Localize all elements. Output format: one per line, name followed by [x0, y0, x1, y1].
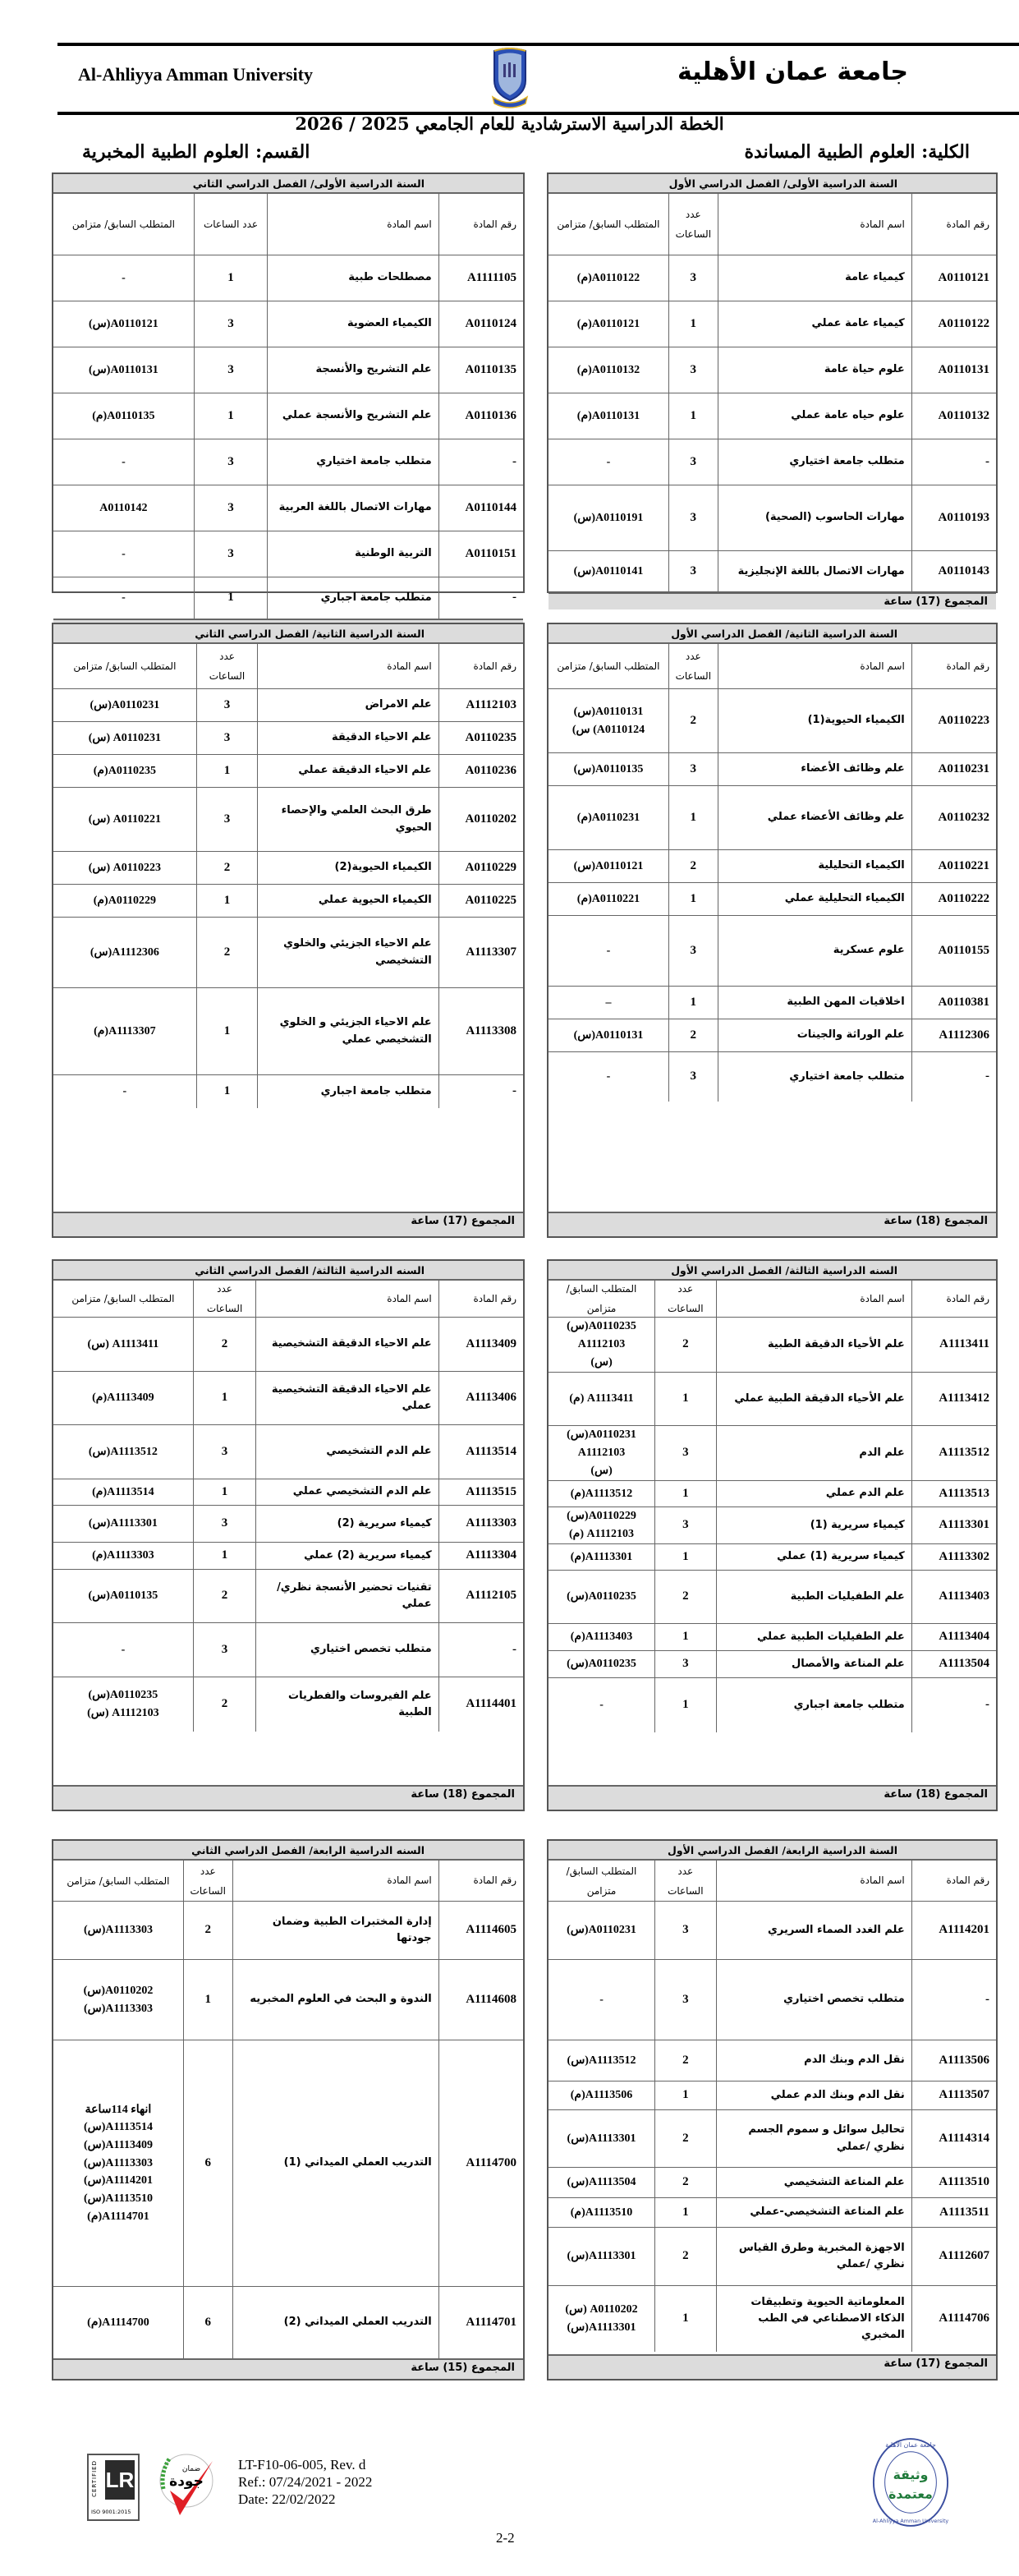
- column-header-code: رقم المادة: [438, 644, 523, 688]
- semester-total-hours: المجموع (18) ساعة: [549, 1785, 996, 1810]
- cell-name: طرق البحث العلمي والإحصاء الحيوي: [257, 788, 438, 851]
- cell-hours: 1: [194, 577, 267, 619]
- table-row: A0110193مهارات الحاسوب (الصحية)3A0110191…: [549, 485, 996, 551]
- cell-code: A1113511: [911, 2198, 996, 2227]
- cell-hours: 1: [654, 2286, 716, 2352]
- table-row: A0110235علم الاحياء الدقيقة3A0110231 (س): [53, 722, 523, 755]
- cell-name: الكيمياء العضوية: [267, 301, 438, 347]
- cell-prereq: A0110235(س) A1112103 (س): [549, 1318, 654, 1372]
- semester-table: السنه الدراسية الرابعة/ الفصل الدراسي ال…: [52, 1839, 525, 2380]
- cell-name: علم الاحياء الدقيقة: [257, 722, 438, 754]
- cell-hours: 3: [654, 1426, 716, 1480]
- semester-total-hours: المجموع (18) ساعة: [53, 1785, 523, 1810]
- column-header-hours: عدد الساعات: [654, 1861, 716, 1901]
- iso-certified-label: CERTIFIED: [91, 2460, 98, 2497]
- column-header-hours: عدد الساعات: [654, 1281, 716, 1317]
- cell-name: علم وظائف الأعضاء: [718, 753, 911, 785]
- cell-name: تحاليل سوائل و سموم الجسم نظري /عملي: [716, 2110, 911, 2167]
- cell-name: علوم حياه عامة عملي: [718, 393, 911, 439]
- table-row: A1114314تحاليل سوائل و سموم الجسم نظري /…: [549, 2110, 996, 2168]
- cell-prereq: A0110131(س) A0110124) س): [549, 689, 668, 752]
- cell-prereq: A1113301(س): [53, 1506, 193, 1542]
- cell-code: A1113304: [438, 1543, 523, 1569]
- cell-hours: 1: [654, 2081, 716, 2109]
- cell-code: A1113507: [911, 2081, 996, 2109]
- cell-name: الكيمياء التحليلية: [718, 850, 911, 882]
- cell-prereq: -: [549, 1960, 654, 2040]
- cell-code: A0110151: [438, 531, 523, 577]
- cell-code: A1113513: [911, 1481, 996, 1506]
- cell-name: علم الطفيليات الطبية عملي: [716, 1624, 911, 1650]
- department-label: القسم: العلوم الطبية المخبرية: [82, 141, 310, 163]
- cell-hours: 3: [196, 788, 258, 851]
- document-date: Date: 22/02/2022: [238, 2491, 372, 2508]
- cell-hours: 1: [654, 1481, 716, 1506]
- cell-hours: 3: [668, 1052, 718, 1102]
- cell-prereq: A0110235(م): [53, 755, 196, 787]
- table-row: A0110229الكيمياء الحيوية(2)2A0110223 (س): [53, 852, 523, 885]
- cell-name: علم الاحياء الدقيقة عملي: [257, 755, 438, 787]
- table-row: -متطلب جامعة اختياري3-: [549, 439, 996, 485]
- cell-prereq: -: [53, 439, 194, 485]
- cell-name: كيمياء سريرية (1) عملي: [716, 1544, 911, 1570]
- table-row: A1113406علم الاحياء الدقيقة التشخيصية عم…: [53, 1372, 523, 1425]
- cell-name: علم الدم التشخيصي: [255, 1425, 438, 1479]
- table-row: -متطلب جامعة اختياري3-: [549, 1052, 996, 1102]
- table-row: A1114201علم الغدد الصماء السريري3A011023…: [549, 1902, 996, 1960]
- column-header-code: رقم المادة: [438, 194, 523, 255]
- cell-hours: 3: [668, 255, 718, 301]
- cell-prereq: A0110202 (س) A1113301(س): [549, 2286, 654, 2352]
- cell-code: A1114401: [438, 1677, 523, 1732]
- cell-code: A0110231: [911, 753, 996, 785]
- cell-prereq: A0110121(م): [549, 301, 668, 347]
- cell-prereq: A0110221(م): [549, 883, 668, 915]
- cell-code: -: [911, 1960, 996, 2040]
- table-header-row: رقم المادةاسم المادةعدد الساعاتالمتطلب ا…: [53, 1281, 523, 1318]
- svg-text:وثيقة: وثيقة: [893, 2467, 929, 2482]
- cell-code: A0110229: [438, 852, 523, 884]
- table-row: A0110151التربية الوطنية3-: [53, 531, 523, 577]
- column-header-hours: عدد الساعات: [668, 644, 718, 688]
- table-row: A1112306علم الوراثة والجينات2A0110131(س): [549, 1019, 996, 1052]
- cell-code: -: [438, 577, 523, 619]
- cell-code: A1113409: [438, 1318, 523, 1371]
- cell-name: متطلب جامعة اختياري: [267, 439, 438, 485]
- semester-table: السنة الدراسية الثانية/ الفصل الدراسي ال…: [547, 623, 998, 1238]
- cell-name: علم المناعة التشخيصي: [716, 2168, 911, 2197]
- cell-code: A1112105: [438, 1570, 523, 1622]
- cell-code: A1113515: [438, 1479, 523, 1505]
- column-header-hours: عدد الساعات: [193, 1281, 256, 1317]
- cell-hours: 1: [194, 255, 267, 301]
- semester-title: السنة الدراسية الرابعة/ الفصل الدراسي ال…: [549, 1841, 996, 1861]
- cell-code: A1113504: [911, 1651, 996, 1677]
- table-header-row: رقم المادةاسم المادةعدد الساعاتالمتطلب ا…: [53, 644, 523, 689]
- column-header-code: رقم المادة: [911, 194, 996, 255]
- quality-assurance-logo-icon: ضمان جودة: [152, 2448, 218, 2522]
- cell-name: مهارات الحاسوب (الصحية): [718, 485, 911, 550]
- table-header-row: رقم المادةاسم المادةعدد الساعاتالمتطلب ا…: [549, 1861, 996, 1902]
- cell-prereq: A0110202(س) A1113303(س): [53, 1960, 183, 2040]
- reference: Ref.: 07/24/2021 - 2022: [238, 2473, 372, 2491]
- column-header-name: اسم المادة: [716, 1281, 911, 1317]
- cell-name: متطلب جامعة اجباري: [267, 577, 438, 619]
- cell-code: A1114605: [438, 1902, 523, 1959]
- cell-name: علم الفيروسات والفطريات الطبية: [255, 1677, 438, 1732]
- column-header-name: اسم المادة: [257, 644, 438, 688]
- table-row: A0110232علم وظائف الأعضاء عملي1A0110231(…: [549, 786, 996, 850]
- cell-hours: 2: [196, 918, 258, 987]
- semester-title: السنة الدراسية الأولى/ الفصل الدراسي الأ…: [549, 174, 996, 194]
- cell-code: A1114701: [438, 2287, 523, 2358]
- column-header-code: رقم المادة: [911, 1281, 996, 1317]
- cell-prereq: A1113512(س): [53, 1425, 193, 1479]
- cell-prereq: A1113512(م): [549, 1481, 654, 1506]
- semester-table: السنة الدراسية الأولى/ الفصل الدراسي الأ…: [547, 172, 998, 593]
- cell-prereq: انهاء 114ساعة A1113514(س) A1113409(س) A1…: [53, 2040, 183, 2286]
- column-header-name: اسم المادة: [716, 1861, 911, 1901]
- table-row: A1112105تقنيات تحضير الأنسجة نظري/عملي2A…: [53, 1570, 523, 1623]
- table-row: A1113302كيمياء سريرية (1) عملي1A1113301(…: [549, 1544, 996, 1571]
- cell-prereq: A1114700(م): [53, 2287, 183, 2358]
- table-row: A1114605إدارة المختبرات الطبية وضمان جود…: [53, 1902, 523, 1960]
- cell-name: متطلب تخصص اختياري: [255, 1623, 438, 1677]
- semester-title: السنه الدراسية الرابعة/ الفصل الدراسي ال…: [53, 1841, 523, 1861]
- cell-hours: 2: [654, 2228, 716, 2285]
- cell-code: A1112607: [911, 2228, 996, 2285]
- table-row: -متطلب جامعة اجباري1-: [53, 577, 523, 619]
- cell-name: كيمياء سريرية (2) عملي: [255, 1543, 438, 1569]
- cell-prereq: A0110131(م): [549, 393, 668, 439]
- cell-code: A0110223: [911, 689, 996, 752]
- cell-hours: 6: [183, 2287, 232, 2358]
- cell-name: متطلب جامعة اختياري: [718, 439, 911, 485]
- cell-hours: 1: [654, 1544, 716, 1570]
- table-row: A0110236علم الاحياء الدقيقة عملي1A011023…: [53, 755, 523, 788]
- cell-hours: 1: [183, 1960, 232, 2040]
- cell-hours: 3: [654, 1651, 716, 1677]
- cell-code: A0110155: [911, 916, 996, 986]
- column-header-hours: عدد الساعات: [196, 644, 258, 688]
- cell-hours: 3: [193, 1506, 256, 1542]
- cell-code: A1113308: [438, 988, 523, 1074]
- cell-code: A0110193: [911, 485, 996, 550]
- table-row: A0110144مهارات الاتصال باللغة العربية3A0…: [53, 485, 523, 531]
- cell-name: علم التشريح والأنسجة عملي: [267, 393, 438, 439]
- iso-standard-label: ISO 9001:2015: [91, 2509, 131, 2515]
- column-header-prereq: المتطلب السابق/ متزامن: [549, 1281, 654, 1317]
- table-row: A1113511علم المناعة التشخيصي-عملي1A11135…: [549, 2198, 996, 2228]
- cell-name: كيمياء عامة عملي: [718, 301, 911, 347]
- table-row: A1114401علم الفيروسات والفطريات الطبية2A…: [53, 1677, 523, 1732]
- cell-code: A1112103: [438, 689, 523, 721]
- cell-hours: 1: [654, 1373, 716, 1425]
- semester-table: السنه الدراسية الثالثة/ الفصل الدراسي ال…: [52, 1259, 525, 1811]
- cell-code: A0110124: [438, 301, 523, 347]
- svg-text:Al-Ahliyya Amman University: Al-Ahliyya Amman University: [873, 2518, 949, 2524]
- approved-document-stamp-icon: وثيقة معتمدة جامعة عمان الأهلية Al-Ahliy…: [870, 2436, 951, 2529]
- cell-name: الكيمياء الحيوية(1): [718, 689, 911, 752]
- cell-hours: 3: [194, 485, 267, 531]
- cell-prereq: A0110135(س): [549, 753, 668, 785]
- semester-title: السنة الدراسية الثانية/ الفصل الدراسي ال…: [549, 624, 996, 644]
- table-row: A0110121كيمياء عامة3A0110122(م): [549, 255, 996, 301]
- cell-code: A1112306: [911, 1019, 996, 1051]
- cell-code: -: [911, 439, 996, 485]
- cell-prereq: -: [53, 1623, 193, 1677]
- cell-hours: 3: [194, 347, 267, 393]
- cell-code: A1114314: [911, 2110, 996, 2167]
- cell-hours: 1: [654, 1678, 716, 1732]
- cell-name: علم الأحياء الدقيقة الطبية عملي: [716, 1373, 911, 1425]
- table-row: A1113507نقل الدم وبنك الدم عملي1A1113506…: [549, 2081, 996, 2110]
- university-crest-icon: [489, 46, 530, 110]
- cell-hours: 1: [668, 301, 718, 347]
- cell-name: علم الدم عملي: [716, 1481, 911, 1506]
- table-row: A1113512علم الدم3A0110231(س) A1112103 (س…: [549, 1426, 996, 1481]
- cell-name: علم الدم: [716, 1426, 911, 1480]
- cell-hours: 1: [196, 1075, 258, 1108]
- cell-prereq: A1113512(س): [549, 2040, 654, 2081]
- cell-code: A1113514: [438, 1425, 523, 1479]
- cell-prereq: A1113301(س): [549, 2110, 654, 2167]
- table-row: A0110135علم التشريح والأنسجة3A0110131(س): [53, 347, 523, 393]
- cell-prereq: A1113411 (م): [549, 1373, 654, 1425]
- cell-hours: 2: [193, 1570, 256, 1622]
- cell-code: A0110236: [438, 755, 523, 787]
- table-row: A0110222الكيمياء التحليلية عملي1A0110221…: [549, 883, 996, 916]
- cell-hours: 3: [194, 301, 267, 347]
- cell-prereq: A0110231(س): [53, 689, 196, 721]
- semester-title: السنه الدراسية الثالثة/ الفصل الدراسي ال…: [549, 1261, 996, 1281]
- cell-name: علم التشريح والأنسجة: [267, 347, 438, 393]
- table-row: A1111105مصطلحات طبية1-: [53, 255, 523, 301]
- cell-hours: 1: [668, 987, 718, 1019]
- table-row: A1113510علم المناعة التشخيصي2A1113504(س): [549, 2168, 996, 2198]
- cell-prereq: -: [549, 439, 668, 485]
- cell-name: مهارات الاتصال باللغة العربية: [267, 485, 438, 531]
- cell-prereq: -: [53, 531, 194, 577]
- table-row: A1113506نقل الدم وبنك الدم2A1113512(س): [549, 2040, 996, 2081]
- cell-hours: 1: [654, 1624, 716, 1650]
- cell-name: علم الاحياء الدقيقة التشخيصية: [255, 1318, 438, 1371]
- semester-table: السنة الدراسية الرابعة/ الفصل الدراسي ال…: [547, 1839, 998, 2380]
- column-header-prereq: المتطلب السابق/ متزامن: [53, 1281, 193, 1317]
- table-row: -متطلب تخصص اختياري3-: [53, 1623, 523, 1677]
- table-row: A0110136علم التشريح والأنسجة عملي1A01101…: [53, 393, 523, 439]
- page-number: 2-2: [496, 2530, 515, 2546]
- cell-code: A0110235: [438, 722, 523, 754]
- cell-hours: 2: [654, 1318, 716, 1372]
- cell-prereq: –: [549, 987, 668, 1019]
- cell-code: A1113510: [911, 2168, 996, 2197]
- table-row: A0110202طرق البحث العلمي والإحصاء الحيوي…: [53, 788, 523, 852]
- cell-code: A1114201: [911, 1902, 996, 1959]
- column-header-name: اسم المادة: [718, 194, 911, 255]
- cell-prereq: A0110235(س) A1112103 (س): [53, 1677, 193, 1732]
- table-row: A0110143مهارات الاتصال باللغة الإنجليزية…: [549, 551, 996, 592]
- table-row: A1112103علم الامراض3A0110231(س): [53, 689, 523, 722]
- cell-name: علم الامراض: [257, 689, 438, 721]
- semester-total-hours: المجموع (17) ساعة: [549, 2354, 996, 2379]
- cell-name: علم الاحياء الدقيقة التشخيصية عملي: [255, 1372, 438, 1424]
- cell-prereq: -: [549, 1678, 654, 1732]
- cell-name: اخلاقيات المهن الطبية: [718, 987, 911, 1019]
- cell-prereq: A0110135(س): [53, 1570, 193, 1622]
- cell-prereq: A0110142: [53, 485, 194, 531]
- table-row: A1113513علم الدم عملي1A1113512(م): [549, 1481, 996, 1507]
- cell-prereq: A1113411 (س): [53, 1318, 193, 1371]
- cell-prereq: A0110122(م): [549, 255, 668, 301]
- cell-code: A1113506: [911, 2040, 996, 2081]
- cell-code: A0110232: [911, 786, 996, 849]
- cell-code: A1114706: [911, 2286, 996, 2352]
- table-row: A1113301كيمياء سريرية (1)3A0110229(س) A1…: [549, 1507, 996, 1544]
- svg-text:معتمدة: معتمدة: [888, 2486, 933, 2502]
- cell-prereq: A0110121(س): [53, 301, 194, 347]
- cell-name: علم الطفيليات الطبية: [716, 1571, 911, 1623]
- cell-hours: 1: [668, 393, 718, 439]
- table-row: A1114700التدريب العملي الميداني (1)6انها…: [53, 2040, 523, 2287]
- cell-code: A0110131: [911, 347, 996, 393]
- cell-name: التدريب العملي الميداني (2): [232, 2287, 438, 2358]
- cell-name: نقل الدم وبنك الدم عملي: [716, 2081, 911, 2109]
- cell-prereq: -: [549, 1052, 668, 1102]
- table-header-row: رقم المادةاسم المادةعدد الساعاتالمتطلب ا…: [549, 194, 996, 255]
- table-row: -متطلب تخصص اختياري3-: [549, 1960, 996, 2040]
- table-header-row: رقم المادةاسم المادةعدد الساعاتالمتطلب ا…: [53, 1861, 523, 1902]
- cell-prereq: A0110231(س) A1112103 (س): [549, 1426, 654, 1480]
- header-top-rule: [57, 43, 1019, 46]
- column-header-code: رقم المادة: [438, 1861, 523, 1901]
- cell-hours: 1: [668, 883, 718, 915]
- cell-prereq: A1113307(م): [53, 988, 196, 1074]
- cell-code: A0110144: [438, 485, 523, 531]
- column-header-code: رقم المادة: [911, 644, 996, 688]
- cell-code: -: [911, 1052, 996, 1102]
- cell-hours: 3: [668, 753, 718, 785]
- cell-code: -: [438, 439, 523, 485]
- cell-prereq: A1113504(س): [549, 2168, 654, 2197]
- cell-name: مهارات الاتصال باللغة الإنجليزية: [718, 551, 911, 592]
- cell-code: A1113406: [438, 1372, 523, 1424]
- cell-code: A0110222: [911, 883, 996, 915]
- cell-hours: 3: [193, 1425, 256, 1479]
- cell-code: A0110143: [911, 551, 996, 592]
- semester-table: السنة الدراسية الثانية/ الفصل الدراسي ال…: [52, 623, 525, 1238]
- cell-hours: 1: [193, 1372, 256, 1424]
- table-row: A1113409علم الاحياء الدقيقة التشخيصية2A1…: [53, 1318, 523, 1372]
- cell-hours: 3: [194, 531, 267, 577]
- cell-hours: 1: [196, 755, 258, 787]
- table-row: A0110155علوم عسكرية3-: [549, 916, 996, 987]
- document-reference-block: LT-F10-06-005, Rev. d Ref.: 07/24/2021 -…: [238, 2456, 372, 2508]
- cell-hours: 2: [193, 1677, 256, 1732]
- cell-name: إدارة المختبرات الطبية وضمان جودتها: [232, 1902, 438, 1959]
- column-header-hours: عدد الساعات: [668, 194, 718, 255]
- table-row: A1112607الاجهزة المخبرية وطرق القياس نظر…: [549, 2228, 996, 2286]
- semester-total-hours: المجموع (17) ساعة: [549, 592, 996, 609]
- table-row: A1113515علم الدم التشخيصي عملي1A1113514(…: [53, 1479, 523, 1506]
- column-header-prereq: المتطلب السابق/ متزامن: [549, 194, 668, 255]
- cell-prereq: A1113514(م): [53, 1479, 193, 1505]
- cell-prereq: A1113403(م): [549, 1624, 654, 1650]
- table-row: A1113514علم الدم التشخيصي3A1113512(س): [53, 1425, 523, 1479]
- cell-name: علم الغدد الصماء السريري: [716, 1902, 911, 1959]
- cell-hours: 2: [654, 2110, 716, 2167]
- cell-hours: 2: [183, 1902, 232, 1959]
- table-row: A1113307علم الاحياء الجزيئي والخلوي التش…: [53, 918, 523, 988]
- cell-hours: 3: [668, 439, 718, 485]
- cell-code: -: [438, 1075, 523, 1108]
- university-name-ar: جامعة عمان الأهلية: [677, 57, 908, 86]
- cell-code: A1113412: [911, 1373, 996, 1425]
- cell-prereq: -: [53, 255, 194, 301]
- table-row: -متطلب جامعة اجباري1-: [549, 1678, 996, 1732]
- cell-prereq: A1113301(م): [549, 1544, 654, 1570]
- cell-hours: 3: [654, 1960, 716, 2040]
- cell-name: متطلب جامعة اجباري: [257, 1075, 438, 1108]
- cell-code: A0110132: [911, 393, 996, 439]
- cell-prereq: A1112306(س): [53, 918, 196, 987]
- cell-hours: 2: [654, 1571, 716, 1623]
- lr-mark-icon: LR: [105, 2460, 135, 2500]
- table-header-row: رقم المادةاسم المادةعدد الساعاتالمتطلب ا…: [549, 1281, 996, 1318]
- cell-prereq: A1113303(س): [53, 1902, 183, 1959]
- semester-title: السنة الدراسية الثانية/ الفصل الدراسي ال…: [53, 624, 523, 644]
- semester-total-hours: المجموع (15) ساعة: [53, 2358, 523, 2379]
- table-row: A0110124الكيمياء العضوية3A0110121(س): [53, 301, 523, 347]
- cell-hours: 3: [194, 439, 267, 485]
- cell-name: كيمياء عامة: [718, 255, 911, 301]
- cell-hours: 3: [668, 485, 718, 550]
- cell-prereq: A0110131(س): [53, 347, 194, 393]
- svg-text:جامعة عمان الأهلية: جامعة عمان الأهلية: [885, 2440, 936, 2449]
- cell-prereq: A1113301(س): [549, 2228, 654, 2285]
- cell-hours: 3: [668, 916, 718, 986]
- table-row: A0110381اخلاقيات المهن الطبية1–: [549, 987, 996, 1019]
- cell-name: علم الأحياء الدقيقة الطبية: [716, 1318, 911, 1372]
- cell-prereq: A0110141(س): [549, 551, 668, 592]
- cell-code: A1111105: [438, 255, 523, 301]
- column-header-hours: عدد الساعات: [194, 194, 267, 255]
- table-row: A1113412علم الأحياء الدقيقة الطبية عملي1…: [549, 1373, 996, 1426]
- cell-prereq: A0110131(س): [549, 1019, 668, 1051]
- cell-code: A1114700: [438, 2040, 523, 2286]
- cell-code: -: [911, 1678, 996, 1732]
- column-header-hours: عدد الساعات: [183, 1861, 232, 1901]
- column-header-name: اسم المادة: [718, 644, 911, 688]
- table-row: A1113404علم الطفيليات الطبية عملي1A11134…: [549, 1624, 996, 1651]
- cell-code: A1113301: [911, 1507, 996, 1543]
- cell-hours: 3: [196, 722, 258, 754]
- cell-name: الكيمياء الحيوية عملي: [257, 885, 438, 917]
- cell-name: الكيمياء التحليلية عملي: [718, 883, 911, 915]
- cell-code: A1113302: [911, 1544, 996, 1570]
- plan-title: الخطة الدراسية الاسترشادية للعام الجامعي…: [0, 113, 1019, 134]
- cell-hours: 3: [668, 551, 718, 592]
- svg-text:ضمان: ضمان: [182, 2465, 200, 2473]
- table-row: -متطلب جامعة اختياري3-: [53, 439, 523, 485]
- cell-code: A0110122: [911, 301, 996, 347]
- column-header-prereq: المتطلب السابق/ متزامن: [53, 194, 194, 255]
- cell-code: A1113404: [911, 1624, 996, 1650]
- cell-hours: 2: [196, 852, 258, 884]
- cell-prereq: A1113510(م): [549, 2198, 654, 2227]
- semester-table: السنة الدراسية الأولى/ الفصل الدراسي الث…: [52, 172, 525, 593]
- cell-name: التدريب العملي الميداني (1): [232, 2040, 438, 2286]
